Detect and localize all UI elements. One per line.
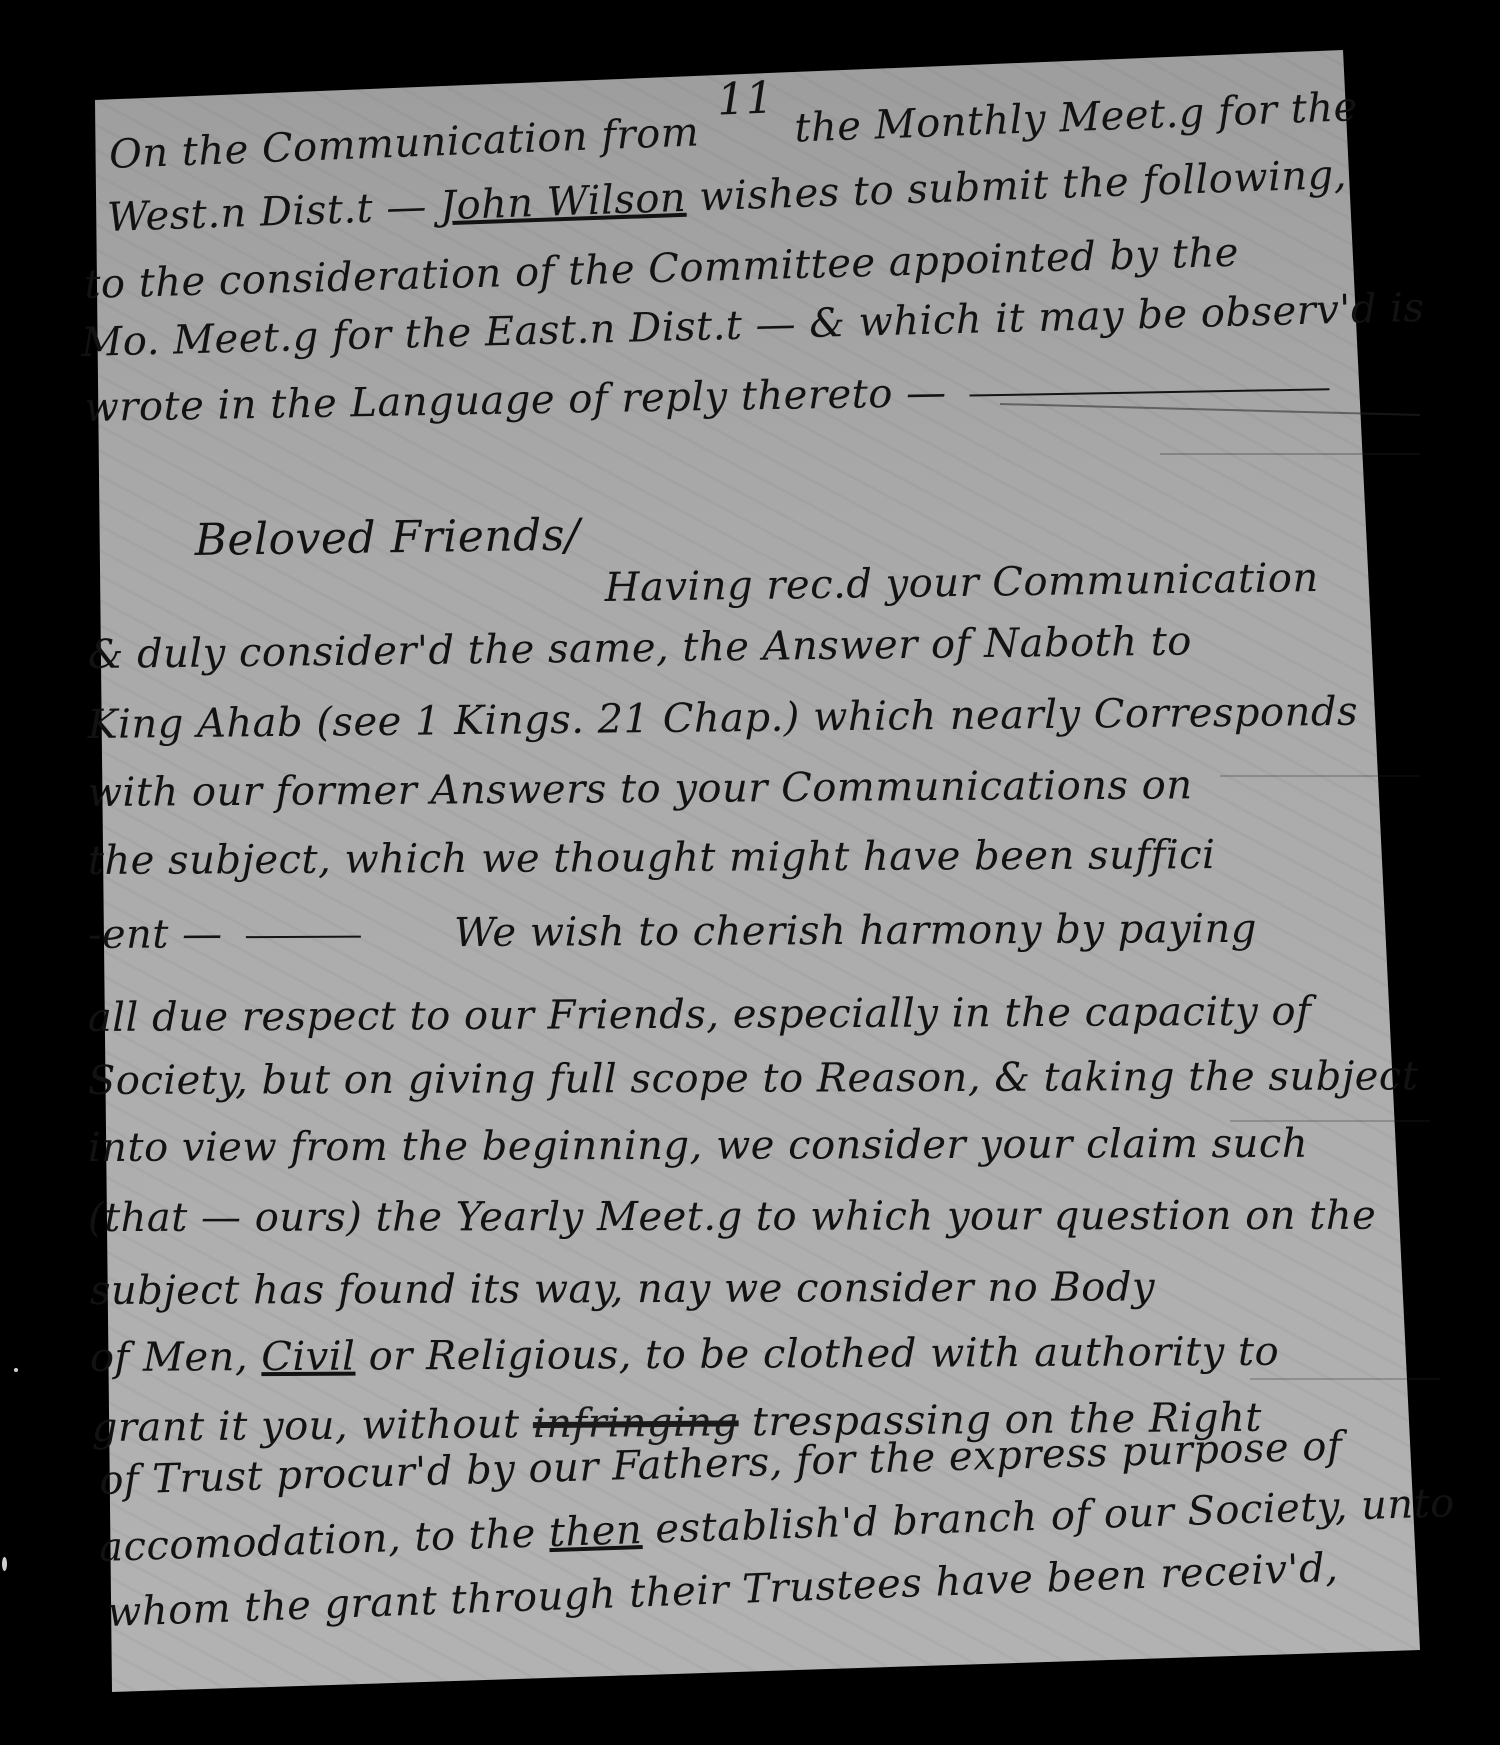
- text-line-16: (that — ours) the Yearly Meet.g to which…: [88, 1193, 1376, 1241]
- text-line-14: Society, but on giving full scope to Rea…: [88, 1053, 1419, 1104]
- line-text: the Monthly Meet.g for the: [794, 84, 1359, 152]
- manuscript-text: On the Communication from 11 the Monthly…: [0, 0, 1500, 1745]
- line-text: accomodation, to the: [98, 1511, 536, 1571]
- line-text: West.n Dist.t —: [106, 184, 427, 241]
- text-line-5: wrote in the Language of reply thereto —: [84, 363, 1330, 431]
- page-mark: 11: [716, 72, 775, 125]
- line-text: -ent —: [88, 911, 223, 958]
- line-text: grant it you, without: [92, 1401, 520, 1451]
- text-line-13: all due respect to our Friends, especial…: [88, 989, 1312, 1041]
- text-line-9: King Ahab (see 1 Kings. 21 Chap.) which …: [88, 689, 1359, 748]
- line-text: On the Communication from: [108, 109, 700, 178]
- line-text: or Religious, to be clothed with authori…: [369, 1329, 1280, 1380]
- separator-rule: [246, 936, 361, 939]
- text-line-15: into view from the beginning, we conside…: [88, 1121, 1308, 1171]
- text-line-10: with our former Answers to your Communic…: [88, 762, 1193, 816]
- line-text: into view from the beginning, we conside…: [88, 1121, 1308, 1171]
- text-line-11: the subject, which we thought might have…: [88, 832, 1216, 884]
- line-text: all due respect to our Friends, especial…: [88, 989, 1312, 1041]
- line-text: King Ahab (see 1 Kings. 21 Chap.) which …: [88, 689, 1359, 748]
- line-text: with our former Answers to your Communic…: [88, 762, 1193, 816]
- text-line-12: -ent — We wish to cherish harmony by pay…: [88, 906, 1257, 958]
- line-text: Having rec.d your Communication: [604, 555, 1319, 611]
- struck-word: infringing: [533, 1399, 739, 1447]
- line-text: subject has found its way, nay we consid…: [90, 1264, 1155, 1314]
- closing-rule: [970, 388, 1330, 396]
- underlined-word: Civil: [261, 1334, 355, 1380]
- text-line-18: of Men, Civil or Religious, to be clothe…: [90, 1329, 1280, 1381]
- line-text: the subject, which we thought might have…: [88, 832, 1216, 884]
- line-text: We wish to cherish harmony by paying: [454, 906, 1257, 956]
- line-text: wrote in the Language of reply thereto —: [84, 370, 947, 431]
- line-text: wishes to submit the following,: [699, 152, 1348, 221]
- text-line-7: Having rec.d your Communication: [604, 555, 1319, 611]
- line-text: of Men,: [90, 1334, 248, 1381]
- salutation: Beloved Friends/: [194, 510, 580, 566]
- signatory-name: John Wilson: [439, 175, 687, 230]
- underlined-word: then: [548, 1507, 643, 1556]
- text-line-17: subject has found its way, nay we consid…: [90, 1264, 1155, 1314]
- salutation-text: Beloved Friends/: [194, 510, 580, 566]
- text-line-8: & duly consider'd the same, the Answer o…: [87, 619, 1192, 678]
- line-text: & duly consider'd the same, the Answer o…: [87, 619, 1192, 678]
- line-text: (that — ours) the Yearly Meet.g to which…: [88, 1193, 1376, 1241]
- line-text: establish'd branch of our Society, unto: [655, 1480, 1456, 1552]
- line-text: Society, but on giving full scope to Rea…: [88, 1053, 1419, 1104]
